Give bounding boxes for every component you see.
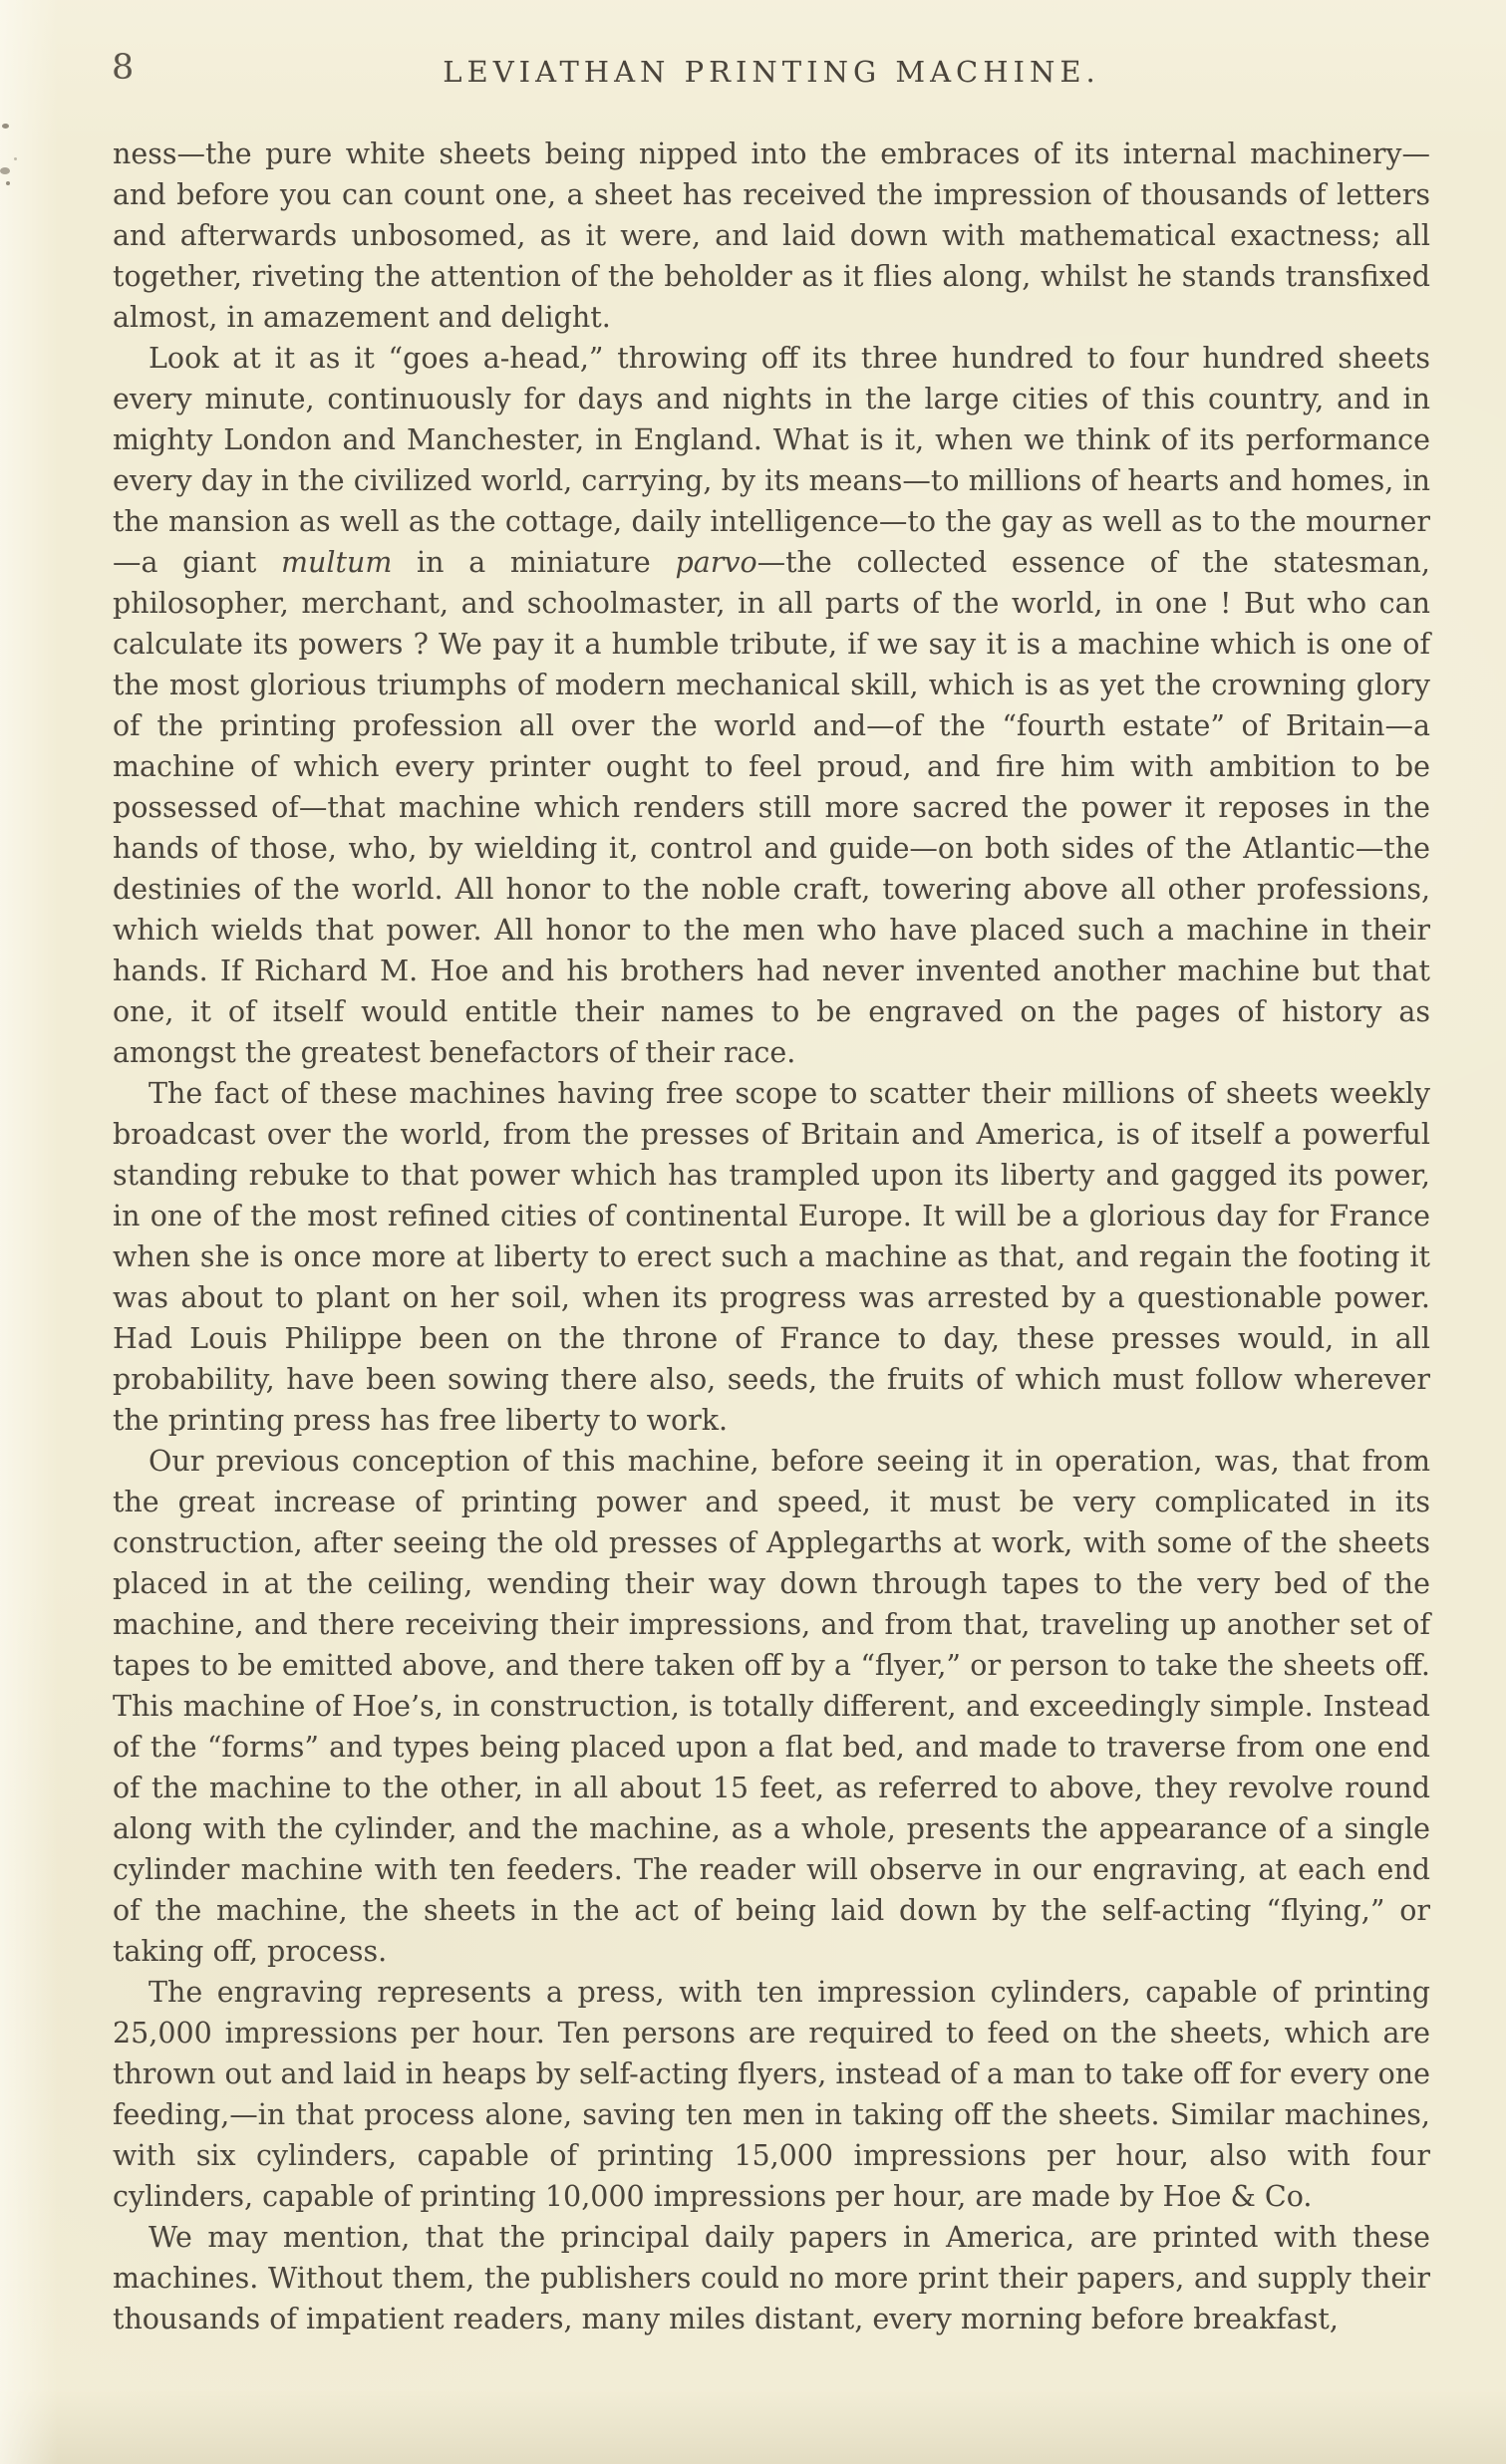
scanned-page: 8 LEVIATHAN PRINTING MACHINE. ness—the p… <box>0 0 1506 2464</box>
text-block: ness—the pure white sheets being nipped … <box>113 134 1430 2339</box>
body-text: The engraving represents a press, with t… <box>113 1976 1430 2213</box>
body-text: Look at it as it “goes a-head,” throwing… <box>113 342 1430 579</box>
scan-speck <box>2 124 9 129</box>
paragraph: The engraving represents a press, with t… <box>113 1972 1430 2217</box>
running-header: LEVIATHAN PRINTING MACHINE. <box>113 55 1430 89</box>
paragraph: Look at it as it “goes a-head,” throwing… <box>113 338 1430 1073</box>
body-text: in a miniature <box>392 546 675 579</box>
paragraph: We may mention, that the principal daily… <box>113 2217 1430 2339</box>
paragraph: The fact of these machines having free s… <box>113 1073 1430 1441</box>
body-text: —the collected essence of the statesman,… <box>113 546 1430 1069</box>
page-left-edge-highlight <box>0 0 58 2464</box>
body-text: The fact of these machines having free s… <box>113 1077 1430 1437</box>
body-text: ness—the pure white sheets being nipped … <box>113 137 1430 334</box>
scan-speck <box>14 157 17 160</box>
scan-speck <box>6 181 10 185</box>
italic-text: parvo <box>675 546 756 579</box>
paragraph: ness—the pure white sheets being nipped … <box>113 134 1430 338</box>
italic-text: multum <box>281 546 392 579</box>
scan-speck <box>0 167 10 174</box>
body-text: Our previous conception of this machine,… <box>113 1445 1430 1968</box>
body-text: We may mention, that the principal daily… <box>113 2221 1430 2335</box>
paragraph: Our previous conception of this machine,… <box>113 1441 1430 1972</box>
